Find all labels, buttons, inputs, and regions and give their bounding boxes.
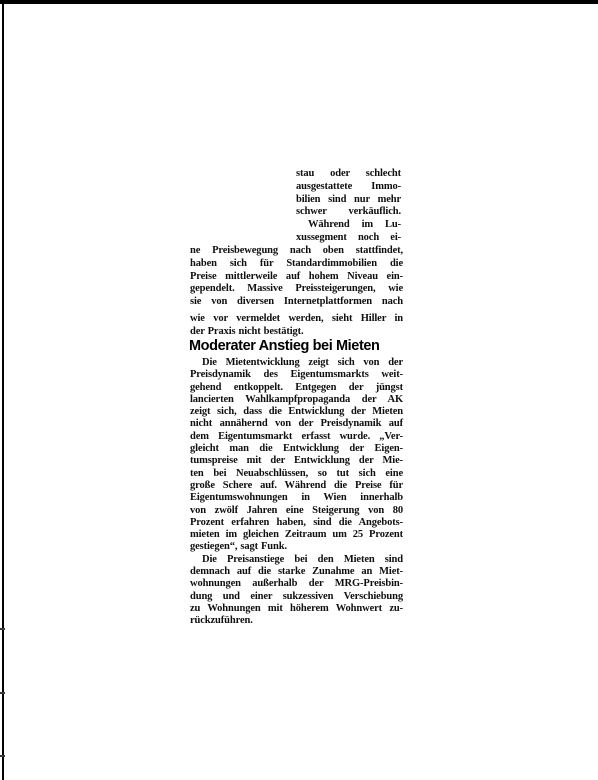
text-line: xussegment noch ei- <box>296 232 401 245</box>
text-line: rückzuführen. <box>190 615 403 627</box>
text-line: zeigt sich, dass die Entwicklung der Mie… <box>190 406 403 418</box>
text-line: Die Mietentwicklung zeigt sich von der <box>190 357 403 369</box>
text-line: tumspreise mit der Entwicklung der Mie- <box>190 455 403 467</box>
text-line: gleicht man die Entwicklung der Eigen- <box>190 443 403 455</box>
text-line: stau oder schlecht <box>296 168 401 181</box>
text-line: gependelt. Massive Preissteigerungen, wi… <box>190 283 403 296</box>
text-line: haben sich für Standardimmobilien die <box>190 258 403 271</box>
page-top-bar <box>0 0 598 4</box>
text-line: zu Wohnungen mit höherem Wohnwert zu- <box>190 603 403 615</box>
text-line: bilien sind nur mehr <box>296 194 401 207</box>
text-line: dung und einer sukzessiven Verschiebung <box>190 591 403 603</box>
scanned-article-page: { "article": { "heading": "Moderater Ans… <box>0 0 598 780</box>
text-line: gestiegen“, sagt Funk. <box>190 541 403 553</box>
intro-narrow-column: stau oder schlechtausgestattete Immo-bil… <box>296 168 401 245</box>
text-line: dem Eigentumsmarkt erfasst wurde. „Ver- <box>190 431 403 443</box>
text-line: demnach auf die starke Zunahme an Miet- <box>190 566 403 578</box>
text-line: Preise mittlerweile auf hohem Niveau ein… <box>190 271 403 284</box>
section-heading: Moderater Anstieg bei Mieten <box>189 338 403 355</box>
text-line: wohnungen außerhalb der MRG-Preisbin- <box>190 578 403 590</box>
text-line: nicht annähernd von der Preisdynamik auf <box>190 418 403 430</box>
text-line: ten bei Neuabschlüssen, so tut sich eine <box>190 468 403 480</box>
text-line: Die Preisanstiege bei den Mieten sind <box>190 554 403 566</box>
text-line: wie vor vermeldet werden, sieht Hiller i… <box>190 313 403 326</box>
text-line: ne Preisbewegung nach oben stattfindet, <box>190 245 403 258</box>
text-line: Prozent erfahren haben, sind die Angebot… <box>190 517 403 529</box>
text-line: schwer verkäuflich. <box>296 206 401 219</box>
text-line: ausgestattete Immo- <box>296 181 401 194</box>
text-line: gehend entkoppelt. Entgegen der jüngst <box>190 382 403 394</box>
text-line: Eigentumswohnungen in Wien innerhalb <box>190 492 403 504</box>
registration-tick <box>0 755 5 757</box>
registration-tick <box>0 628 5 630</box>
registration-tick <box>0 692 5 694</box>
text-line: Während im Lu- <box>296 219 401 232</box>
text-line: von zwölf Jahren eine Steigerung von 80 <box>190 505 403 517</box>
text-line: lancierten Wahlkampfpropaganda der AK <box>190 394 403 406</box>
text-line: sie von diversen Internetplattformen nac… <box>190 296 403 309</box>
intro-full-column: ne Preisbewegung nach oben stattfindet,h… <box>190 245 403 309</box>
text-line: mieten im gleichen Zeitraum um 25 Prozen… <box>190 529 403 541</box>
left-margin-rule <box>2 4 4 780</box>
body-column: Die Mietentwicklung zeigt sich von derPr… <box>190 357 403 628</box>
text-line: der Praxis nicht bestätigt. <box>190 326 403 339</box>
text-line: große Schere auf. Während die Preise für <box>190 480 403 492</box>
text-line: Preisdynamik des Eigentumsmarkts weit- <box>190 369 403 381</box>
intro-continuation-column: wie vor vermeldet werden, sieht Hiller i… <box>190 313 403 339</box>
